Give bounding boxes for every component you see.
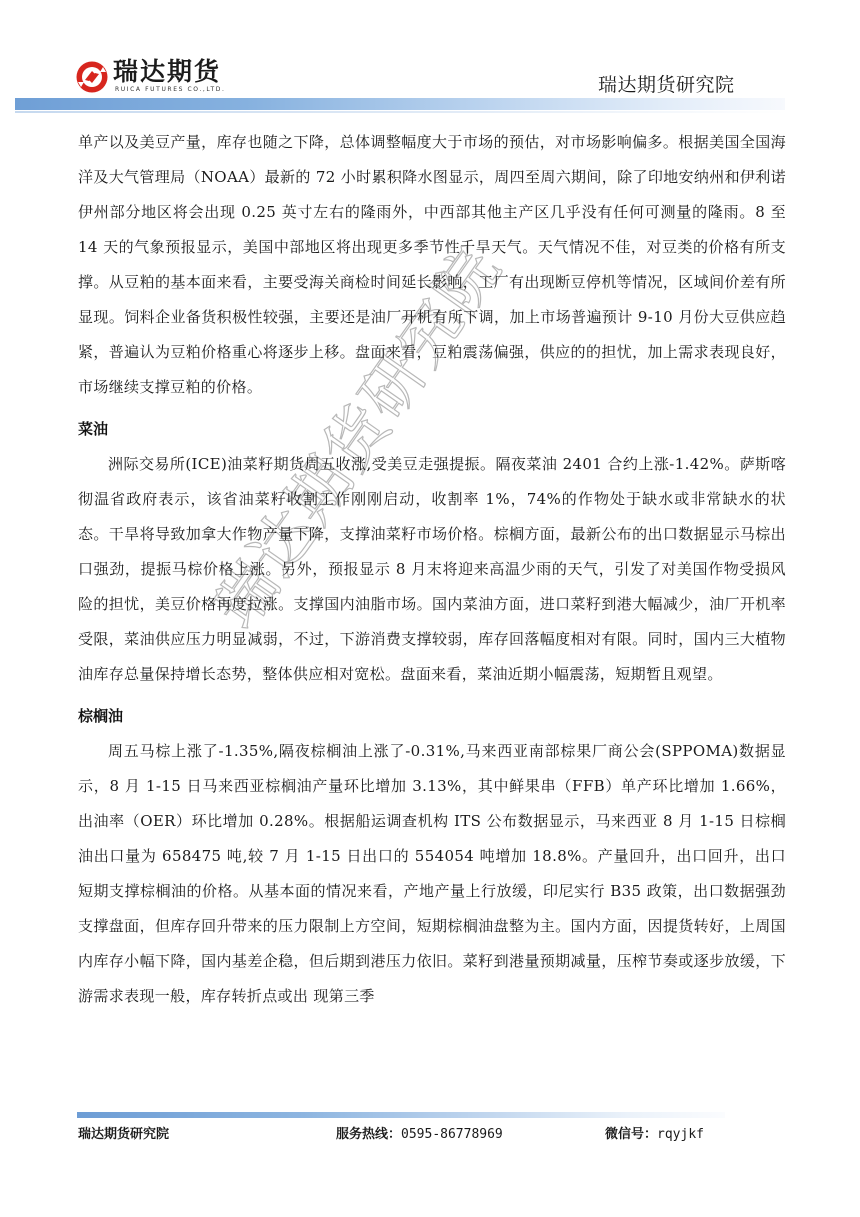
footer-hotline: 服务热线：0595-86778969 (336, 1125, 503, 1145)
hotline-label: 服务热线： (336, 1127, 401, 1142)
footer-wechat: 微信号：rqyjkf (605, 1125, 704, 1145)
logo-name-en: RUICA FUTURES CO.,LTD. (115, 86, 226, 94)
wechat-id: rqyjkf (657, 1127, 704, 1142)
footer-divider-bar (77, 1112, 725, 1118)
ruida-logo-icon (75, 60, 109, 94)
palm-oil-paragraph: 周五马棕上涨了-1.35%,隔夜棕榈油上涨了-0.31%,马来西亚南部棕果厂商公… (78, 734, 786, 1014)
hotline-number: 0595-86778969 (401, 1127, 503, 1142)
rapeseed-oil-paragraph: 洲际交易所(ICE)油菜籽期货周五收涨,受美豆走强提振。隔夜菜油 2401 合约… (78, 447, 786, 692)
section-gap (78, 692, 786, 699)
section-heading-rapeseed-oil: 菜油 (78, 412, 786, 447)
document-body: 单产以及美豆产量，库存也随之下降，总体调整幅度大于市场的预估，对市场影响偏多。根… (78, 125, 786, 1014)
logo-name-cn: 瑞达期货 (113, 58, 226, 86)
section-heading-palm-oil: 棕榈油 (78, 699, 786, 734)
intro-paragraph: 单产以及美豆产量，库存也随之下降，总体调整幅度大于市场的预估，对市场影响偏多。根… (78, 125, 786, 405)
page-header: 瑞达期货 RUICA FUTURES CO.,LTD. 瑞达期货研究院 (0, 0, 860, 120)
header-title: 瑞达期货研究院 (598, 74, 735, 96)
header-divider-line (15, 111, 785, 113)
wechat-label: 微信号： (605, 1127, 657, 1142)
header-divider-bar (15, 98, 785, 110)
page-footer: 瑞达期货研究院 服务热线：0595-86778969 微信号：rqyjkf (78, 1125, 778, 1145)
section-gap (78, 405, 786, 412)
company-logo: 瑞达期货 RUICA FUTURES CO.,LTD. (75, 58, 226, 98)
footer-org-name: 瑞达期货研究院 (78, 1125, 169, 1145)
